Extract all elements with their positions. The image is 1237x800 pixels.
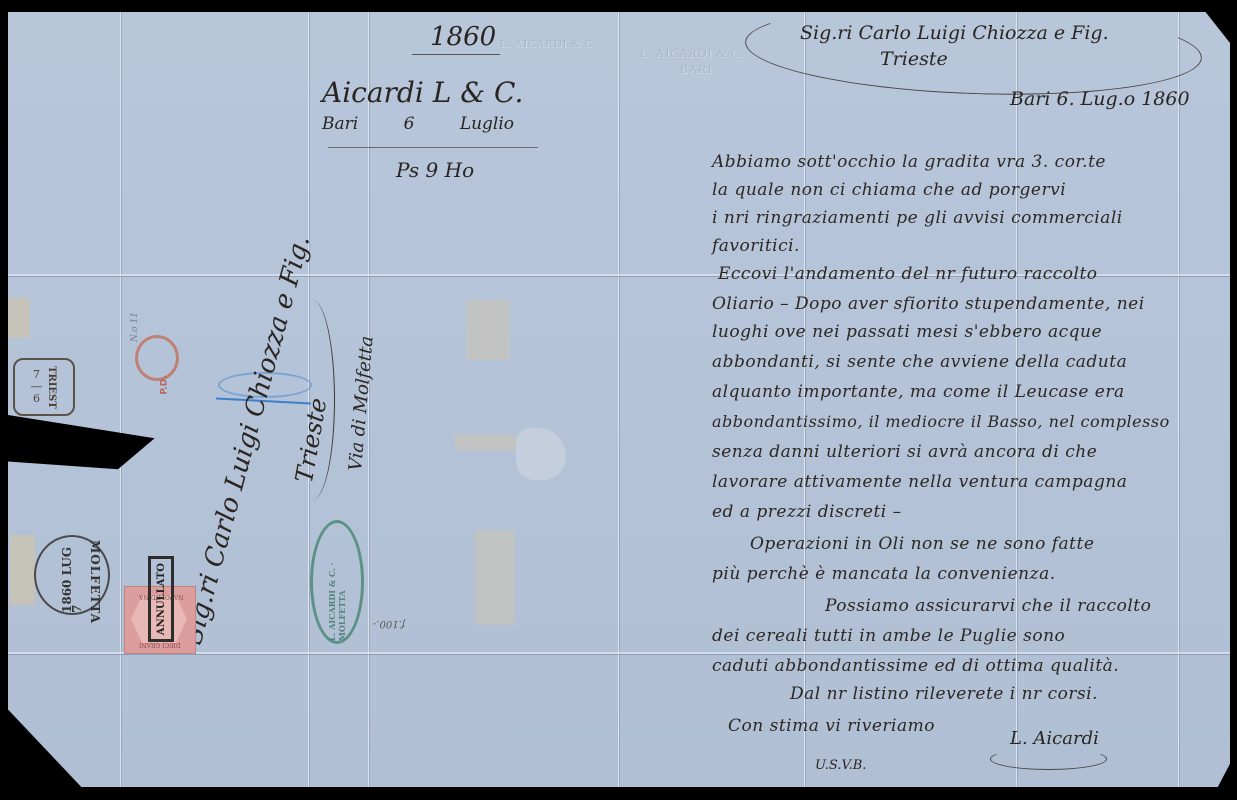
red-postmark — [135, 335, 179, 381]
letter-postscript: U.S.V.B. — [815, 758, 866, 773]
trieste-postmark: 7―6 TRIEST — [13, 358, 75, 416]
letterhead-firm: L. AICARDI & C. — [640, 46, 744, 61]
letter-line: Possiamo assicurarvi che il raccolto — [825, 596, 1151, 616]
letter-line: Oliario – Dopo aver sfiorito stupendamen… — [712, 294, 1145, 314]
tape-remnant — [475, 530, 515, 625]
docket-note: Ps 9 Ho — [396, 158, 474, 182]
molfetta-postmark-town: MOLFETTA — [88, 540, 102, 624]
tape-remnant — [455, 435, 517, 451]
tape-remnant — [466, 300, 510, 360]
trieste-postmark-town: TRIEST — [46, 366, 57, 409]
sender-cachet: L. AICARDI & C. · MOLFETTA — [310, 520, 364, 644]
fold-line — [618, 12, 619, 787]
stamp-bottom-text: DIECI GRANI — [139, 641, 181, 648]
cancel-text: ANNULLATO — [156, 563, 167, 635]
letter-line: abbondantissimo, il mediocre il Basso, n… — [712, 412, 1170, 431]
letter-signature: L. Aicardi — [1010, 728, 1099, 749]
letter-line: senza danni ulteriori si avrà ancora di … — [712, 442, 1097, 462]
tape-remnant — [8, 298, 30, 338]
letter-line: Abbiamo sott'occhio la gradita vra 3. co… — [712, 152, 1106, 172]
letter-line: favoritici. — [712, 236, 800, 256]
signature-flourish — [990, 748, 1107, 770]
docket-sender: Aicardi L & C. — [322, 76, 523, 109]
underline — [412, 54, 500, 55]
pencil-note: f.100.- — [373, 618, 405, 629]
letter-address-line: Sig.ri Carlo Luigi Chiozza e Fig. — [800, 22, 1109, 44]
molfetta-postmark-date: 1860 LUG 7 — [62, 541, 82, 613]
letter-line: alquanto importante, ma come il Leucase … — [712, 382, 1125, 402]
letter-line: abbondanti, si sente che avviene della c… — [712, 352, 1127, 372]
letter-address-city: Trieste — [880, 48, 948, 70]
letterhead-city: BARI — [680, 62, 713, 77]
letter-line: dei cereali tutti in ambe le Puglie sono — [712, 626, 1065, 646]
letter-line: i nri ringraziamenti pe gli avvisi comme… — [712, 208, 1123, 228]
letter-line: più perchè è mancata la convenienza. — [712, 564, 1056, 584]
letter-line: luoghi ove nei passati mesi s'ebbero acq… — [712, 322, 1102, 342]
letter-dateline: Bari 6. Lug.o 1860 — [1010, 88, 1190, 110]
letter-line: lavorare attivamente nella ventura campa… — [712, 472, 1127, 492]
letter-line: Con stima vi riveriamo — [728, 716, 935, 736]
trieste-postmark-date: 7―6 — [31, 369, 42, 405]
tape-remnant — [10, 535, 35, 605]
letter-line: Dal nr listino rileverete i nr corsi. — [790, 684, 1098, 704]
docket-place-date: Bari 6 Luglio — [322, 114, 514, 134]
red-postmark-text: P.D. — [160, 375, 170, 394]
fold-line — [120, 12, 121, 787]
docket-year: 1860 — [430, 22, 496, 52]
fold-line — [1178, 12, 1179, 787]
annullato-cancel: ANNULLATO — [148, 556, 174, 642]
letterhead-emboss: L. AICARDI & C. — [500, 38, 597, 50]
letter-line: la quale non ci chiama che ad porgervi — [712, 180, 1066, 200]
cover-flourish — [290, 300, 335, 500]
cover-ref-note: N.o 11 — [130, 312, 140, 342]
letter-line: Eccovi l'andamento del nr futuro raccolt… — [718, 264, 1098, 284]
underline — [328, 147, 538, 148]
letter-line: Operazioni in Oli non se ne sono fatte — [750, 534, 1094, 554]
letter-line: ed a prezzi discreti – — [712, 502, 902, 522]
letter-line: caduti abbondantissime ed di ottima qual… — [712, 656, 1119, 676]
cachet-text: L. AICARDI & C. · MOLFETTA — [327, 523, 347, 641]
